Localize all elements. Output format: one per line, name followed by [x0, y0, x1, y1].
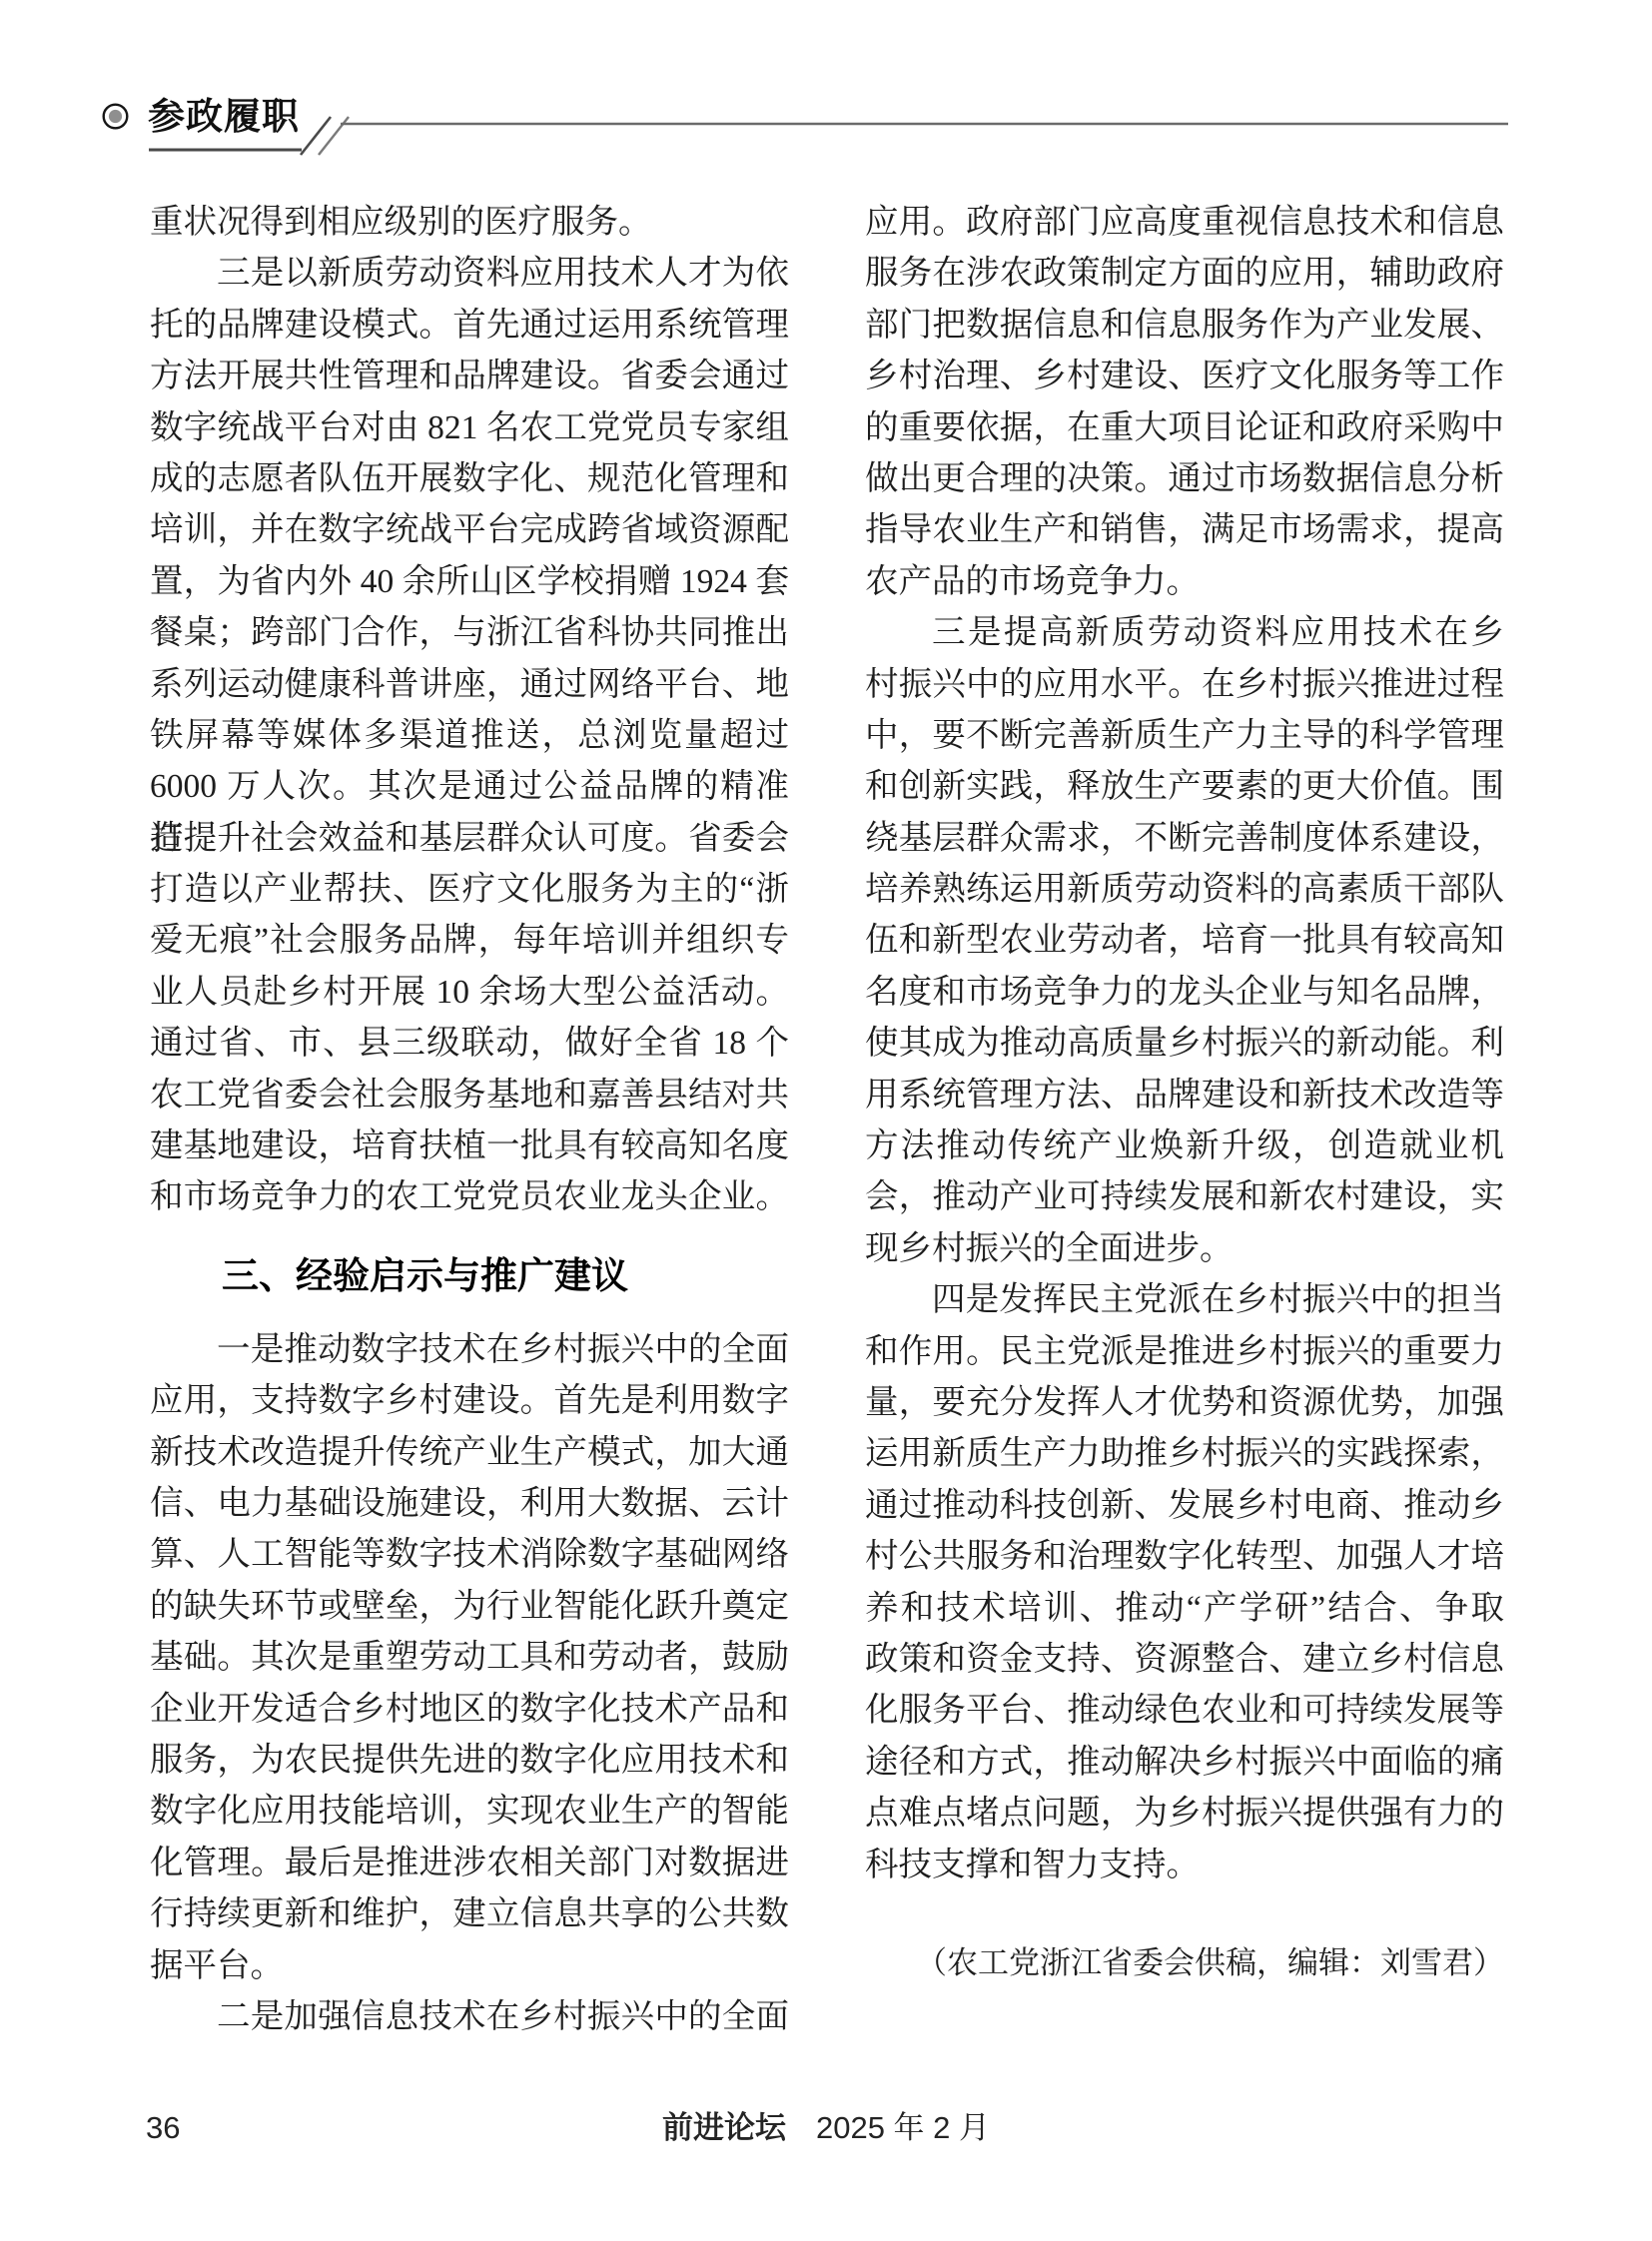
left-column: 重状况得到相应级别的医疗服务。三是以新质劳动资料应用技术人才为依托的品牌建设模式… — [150, 197, 789, 2042]
text-line: 和作用。民主党派是推进乡村振兴的重要力 — [865, 1326, 1504, 1377]
text-line: 二是加强信息技术在乡村振兴中的全面 — [150, 1991, 789, 2042]
text-line: 和创新实践，释放生产要素的更大价值。围 — [865, 761, 1504, 812]
text-line: 方法开展共性管理和品牌建设。省委会通过 — [150, 351, 789, 401]
header-decorative-rule — [140, 108, 1518, 160]
text-line: 6000 万人次。其次是通过公益品牌的精准打 — [150, 761, 789, 812]
text-line: 建基地建设，培育扶植一批具有较高知名度 — [150, 1120, 789, 1171]
text-line: 的重要依据，在重大项目论证和政府采购中 — [865, 402, 1504, 453]
text-line: 企业开发适合乡村地区的数字化技术产品和 — [150, 1684, 789, 1735]
text-line: 一是推动数字技术在乡村振兴中的全面 — [150, 1324, 789, 1375]
text-line: 三是提高新质劳动资料应用技术在乡 — [865, 607, 1504, 658]
text-line: 餐桌；跨部门合作，与浙江省科协共同推出 — [150, 607, 789, 658]
right-column: 应用。政府部门应高度重视信息技术和信息服务在涉农政策制定方面的应用，辅助政府部门… — [865, 197, 1504, 1989]
text-line: 用系统管理方法、品牌建设和新技术改造等 — [865, 1070, 1504, 1120]
text-line: 打造以产业帮扶、医疗文化服务为主的“浙 — [150, 864, 789, 915]
text-line: 成的志愿者队伍开展数字化、规范化管理和 — [150, 453, 789, 504]
text-line: 的缺失环节或壁垒，为行业智能化跃升奠定 — [150, 1581, 789, 1632]
text-line: 应用，支持数字乡村建设。首先是利用数字 — [150, 1375, 789, 1426]
text-line: 置，为省内外 40 余所山区学校捐赠 1924 套 — [150, 556, 789, 607]
text-line: 农工党省委会社会服务基地和嘉善县结对共 — [150, 1070, 789, 1120]
text-line: 爱无痕”社会服务品牌，每年培训并组织专 — [150, 915, 789, 966]
text-line: 造提升社会效益和基层群众认可度。省委会 — [150, 813, 789, 864]
text-line: 使其成为推动高质量乡村振兴的新动能。利 — [865, 1018, 1504, 1069]
text-line: 系列运动健康科普讲座，通过网络平台、地 — [150, 659, 789, 710]
text-line: 会，推动产业可持续发展和新农村建设，实 — [865, 1171, 1504, 1222]
text-line: 四是发挥民主党派在乡村振兴中的担当 — [865, 1274, 1504, 1325]
text-line: 点难点堵点问题，为乡村振兴提供强有力的 — [865, 1788, 1504, 1839]
issue-date: 2025 年 2 月 — [816, 2110, 990, 2145]
text-line: 名度和市场竞争力的龙头企业与知名品牌， — [865, 967, 1504, 1018]
text-line: 科技支撑和智力支持。 — [865, 1840, 1504, 1890]
text-line: 村振兴中的应用水平。在乡村振兴推进过程 — [865, 659, 1504, 710]
text-line: 三是以新质劳动资料应用技术人才为依 — [150, 248, 789, 299]
text-line: 部门把数据信息和信息服务作为产业发展、 — [865, 300, 1504, 351]
footer-center: 前进论坛2025 年 2 月 — [0, 2103, 1652, 2153]
text-line: 新技术改造提升传统产业生产模式，加大通 — [150, 1427, 789, 1478]
text-line: 业人员赴乡村开展 10 余场大型公益活动。 — [150, 967, 789, 1018]
journal-name: 前进论坛 — [662, 2110, 786, 2145]
page-footer: 36 前进论坛2025 年 2 月 — [0, 2103, 1652, 2153]
text-line: 服务在涉农政策制定方面的应用，辅助政府 — [865, 248, 1504, 299]
text-line: 绕基层群众需求，不断完善制度体系建设， — [865, 813, 1504, 864]
text-line: 服务，为农民提供先进的数字化应用技术和 — [150, 1735, 789, 1786]
text-line: 培养熟练运用新质劳动资料的高素质干部队 — [865, 864, 1504, 915]
text-line: 通过推动科技创新、发展乡村电商、推动乡 — [865, 1480, 1504, 1531]
text-line: 通过省、市、县三级联动，做好全省 18 个 — [150, 1018, 789, 1069]
text-line: 运用新质生产力助推乡村振兴的实践探索， — [865, 1428, 1504, 1479]
text-line: 据平台。 — [150, 1940, 789, 1991]
text-line: 方法推动传统产业焕新升级，创造就业机 — [865, 1120, 1504, 1171]
text-line: 政策和资金支持、资源整合、建立乡村信息 — [865, 1634, 1504, 1685]
text-line: 应用。政府部门应高度重视信息技术和信息 — [865, 197, 1504, 248]
text-line: 养和技术培训、推动“产学研”结合、争取 — [865, 1583, 1504, 1634]
text-line: 铁屏幕等媒体多渠道推送，总浏览量超过 — [150, 710, 789, 761]
text-line: 托的品牌建设模式。首先通过运用系统管理 — [150, 300, 789, 351]
text-line: 现乡村振兴的全面进步。 — [865, 1223, 1504, 1274]
text-line: 重状况得到相应级别的医疗服务。 — [150, 197, 789, 248]
text-line: 培训，并在数字统战平台完成跨省域资源配 — [150, 504, 789, 555]
magazine-page: 参政履职 重状况得到相应级别的医疗服务。三是以新质劳动资料应用技术人才为依托的品… — [0, 0, 1652, 2241]
text-line: 信、电力基础设施建设，利用大数据、云计 — [150, 1478, 789, 1529]
text-line: 途径和方式，推动解决乡村振兴中面临的痛 — [865, 1737, 1504, 1788]
text-line: 化管理。最后是推进涉农相关部门对数据进 — [150, 1838, 789, 1888]
text-line: 数字化应用技能培训，实现农业生产的智能 — [150, 1786, 789, 1837]
text-line: 村公共服务和治理数字化转型、加强人才培 — [865, 1531, 1504, 1582]
text-line: 基础。其次是重塑劳动工具和劳动者，鼓励 — [150, 1632, 789, 1683]
text-line: 伍和新型农业劳动者，培育一批具有较高知 — [865, 915, 1504, 966]
text-line: 行持续更新和维护，建立信息共享的公共数 — [150, 1888, 789, 1939]
text-line: 数字统战平台对由 821 名农工党党员专家组 — [150, 402, 789, 453]
text-line: 做出更合理的决策。通过市场数据信息分析 — [865, 453, 1504, 504]
text-line: 算、人工智能等数字技术消除数字基础网络 — [150, 1529, 789, 1580]
text-line: 和市场竞争力的农工党党员农业龙头企业。 — [150, 1171, 789, 1222]
text-line: 化服务平台、推动绿色农业和可持续发展等 — [865, 1685, 1504, 1736]
section-heading: 三、经验启示与推广建议 — [150, 1250, 789, 1302]
byline: （农工党浙江省委会供稿，编辑：刘雪君） — [865, 1937, 1504, 1989]
text-line: 量，要充分发挥人才优势和资源优势，加强 — [865, 1377, 1504, 1428]
text-line: 中，要不断完善新质生产力主导的科学管理 — [865, 710, 1504, 761]
circle-dot-icon — [102, 103, 129, 130]
text-line: 乡村治理、乡村建设、医疗文化服务等工作 — [865, 351, 1504, 401]
text-line: 农产品的市场竞争力。 — [865, 556, 1504, 607]
text-line: 指导农业生产和销售，满足市场需求，提高 — [865, 504, 1504, 555]
